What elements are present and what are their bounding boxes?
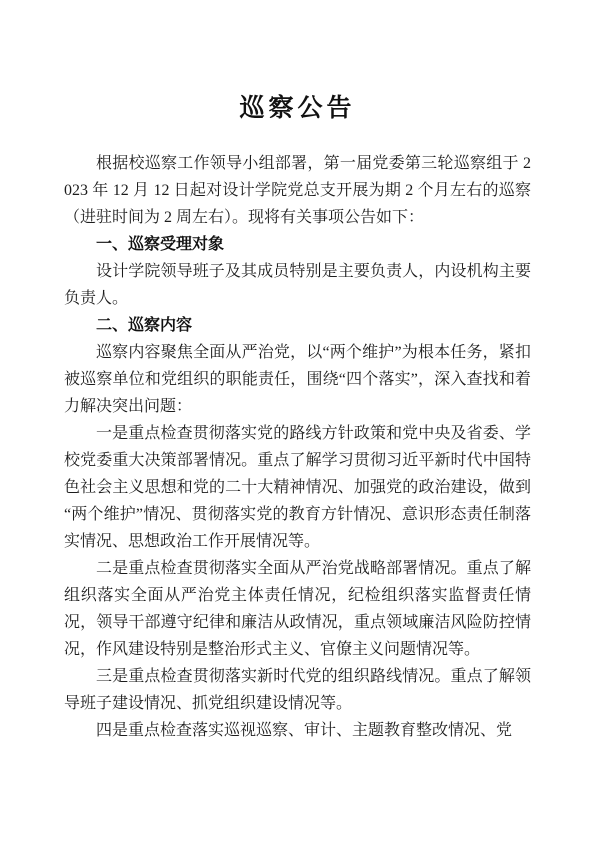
document-body: 根据校巡察工作领导小组部署，第一届党委第三轮巡察组于 2023 年 12 月 1… [64, 150, 531, 744]
section-heading: 一、巡察受理对象 [64, 231, 531, 258]
body-paragraph: 巡察内容聚焦全面从严治党，以“两个维护”为根本任务，紧扣被巡察单位和党组织的职能… [64, 339, 531, 420]
section-heading: 二、巡察内容 [64, 312, 531, 339]
body-paragraph: 一是重点检查贯彻落实党的路线方针政策和党中央及省委、学校党委重大决策部署情况。重… [64, 420, 531, 555]
document-title: 巡察公告 [64, 92, 531, 126]
body-paragraph: 四是重点检查落实巡视巡察、审计、主题教育整改情况、党 [64, 717, 531, 744]
body-paragraph: 三是重点检查贯彻落实新时代党的组织路线情况。重点了解领导班子建设情况、抓党组织建… [64, 663, 531, 717]
body-paragraph: 二是重点检查贯彻落实全面从严治党战略部署情况。重点了解组织落实全面从严治党主体责… [64, 555, 531, 663]
body-paragraph: 根据校巡察工作领导小组部署，第一届党委第三轮巡察组于 2023 年 12 月 1… [64, 150, 531, 231]
body-paragraph: 设计学院领导班子及其成员特别是主要负责人，内设机构主要负责人。 [64, 258, 531, 312]
document-page: 巡察公告 根据校巡察工作领导小组部署，第一届党委第三轮巡察组于 2023 年 1… [0, 0, 595, 841]
